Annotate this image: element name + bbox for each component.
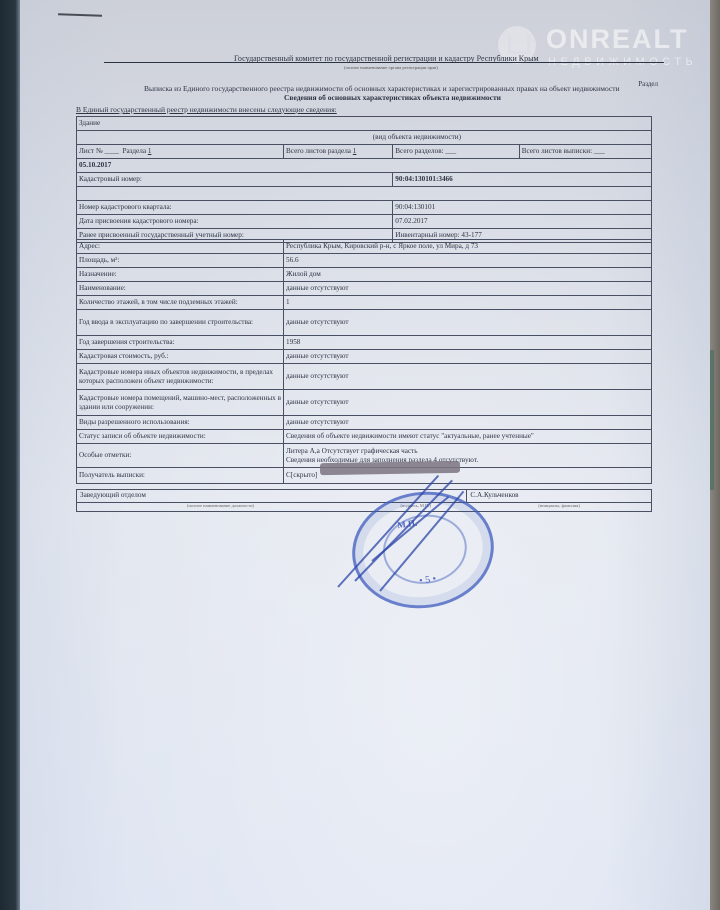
watermark: ONREALT НЕДВИЖИМОСТЬ [498,22,710,78]
total-sections-label: Всего разделов: [395,147,443,155]
document-page: ONREALT НЕДВИЖИМОСТЬ Государственный ком… [20,0,710,910]
characteristic-row: Виды разрешенного использования:данные о… [77,416,652,430]
detail-row: Дата присвоения кадастрового номера: 07.… [77,215,652,229]
position-title: Заведующий отделом [77,490,361,502]
extract-date: 05.10.2017 [77,159,652,173]
photo-background-left [0,0,22,910]
characteristic-row: Кадастровая стоимость, руб.:данные отсут… [77,350,652,364]
cadastral-number-value: 90:04:130101:3466 [393,173,652,187]
total-sheets-section-value: 1 [353,147,357,155]
characteristics-table: Адрес:Республика Крым, Кировский р-н, с … [76,239,652,484]
section-no-value: 1 [148,147,152,155]
signature-block: Заведующий отделом С.А.Кульченков (полно… [76,489,652,512]
agency-note: (полное наименование органа регистрации … [344,65,438,70]
characteristic-row: Количество этажей, в том числе подземных… [77,296,652,310]
characteristic-row: Кадастровые номера иных объектов недвижи… [77,364,652,390]
redaction-mark [320,461,460,475]
intro-text: В Единый государственный реестр недвижим… [76,106,337,115]
section-no-label: Раздела [122,147,146,155]
characteristic-row: Год завершения строительства:1958 [77,336,652,350]
characteristic-row: Год ввода в эксплуатацию по завершении с… [77,310,652,336]
characteristic-row: Статус записи об объекте недвижимости:Св… [77,430,652,444]
characteristic-row: Наименование:данные отсутствуют [77,282,652,296]
characteristic-row: Назначение:Жилой дом [77,268,652,282]
characteristic-row: Адрес:Республика Крым, Кировский р-н, с … [77,240,652,254]
cadastral-number-label: Кадастровый номер: [77,173,393,187]
signatory-name: С.А.Кульченков [466,490,651,502]
characteristic-row: Кадастровые номера помещений, машино-мес… [77,390,652,416]
characteristic-row: Площадь, м²:56.6 [77,254,652,268]
sheet-no-label: Лист № [79,147,103,155]
section-label: Раздел [638,80,658,88]
sheet-info-row: Лист № ____ Раздела 1 Всего листов разде… [77,145,652,159]
registry-table: Здание (вид объекта недвижимости) Лист №… [76,116,652,243]
special-note-1: Литера А,а Отсутствует графическая часть [286,447,649,455]
pen-mark [58,13,102,17]
agency-name: Государственный комитет по государственн… [234,54,539,63]
detail-row: Номер кадастрового квартала: 90:04:13010… [77,201,652,215]
total-sheets-section-label: Всего листов раздела [286,147,351,155]
object-type-note: (вид объекта недвижимости) [77,131,652,145]
watermark-brand: ONREALT [546,24,689,55]
total-sheets-extract-label: Всего листов выписки: [522,147,592,155]
extract-subtitle: Сведения об основных характеристиках объ… [284,94,501,103]
object-type: Здание [77,117,652,131]
name-note: (инициалы, фамилия) [467,503,651,511]
stamp-number: • 5 • [419,574,437,587]
position-note: (полное наименование должности) [77,503,364,511]
